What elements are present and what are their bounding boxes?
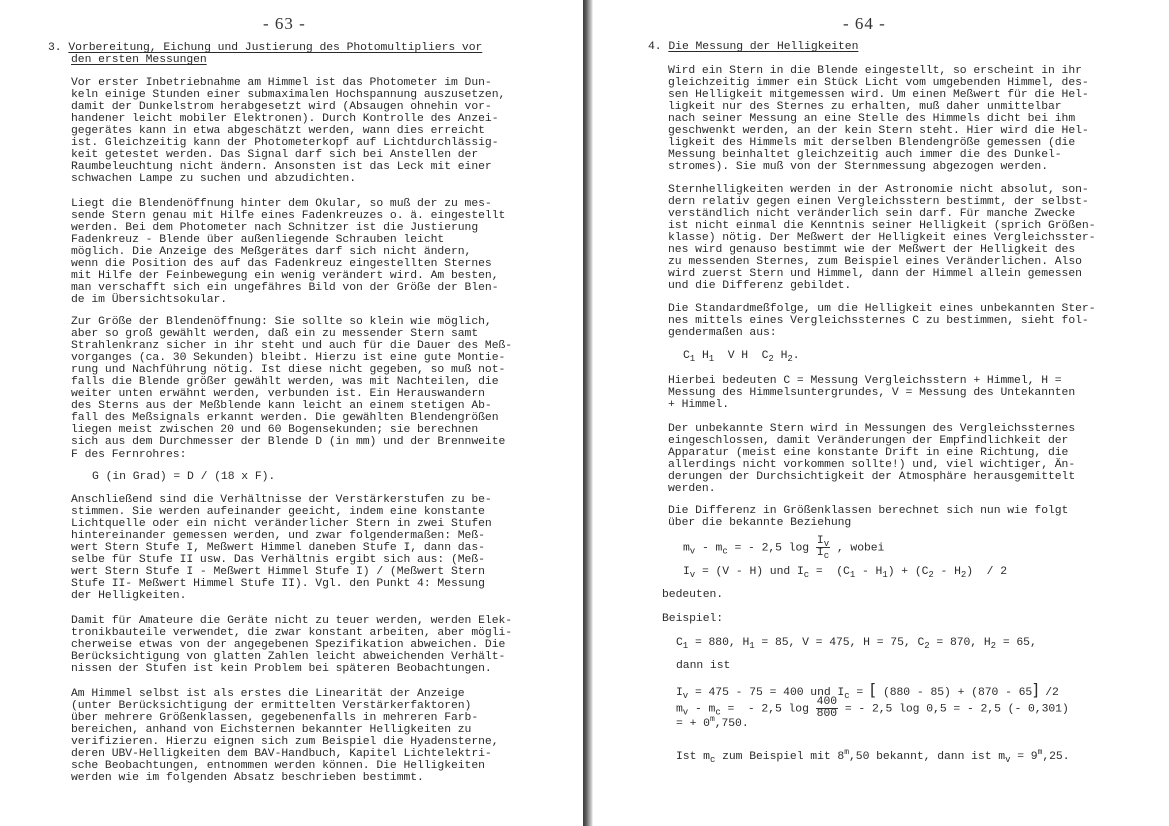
- page-number: - 64 -: [843, 14, 886, 34]
- paragraph: Hierbei bedeuten C = Messung Vergleichss…: [668, 375, 1075, 411]
- paragraph: Zur Größe der Blendenöffnung: Sie sollte…: [71, 316, 512, 461]
- example-label: Beispiel:: [662, 613, 723, 625]
- section-heading: 3. Vorbereitung, Eichung und Justierung …: [48, 42, 482, 54]
- calculation-result: = + 0m,750.: [676, 718, 749, 730]
- formula-aperture: G (in Grad) = D / (18 x F).: [92, 471, 275, 483]
- paragraph: Wird ein Stern in die Blende eingestellt…: [668, 65, 1089, 173]
- book-gutter: [583, 0, 593, 826]
- paragraph: Am Himmel selbst ist als erstes die Line…: [71, 688, 499, 784]
- example-values: C1 = 880, H1 = 85, V = 475, H = 75, C2 =…: [676, 637, 1037, 649]
- paragraph: Liegt die Blendenöffnung hinter dem Okul…: [71, 198, 505, 306]
- section-heading: 4. Die Messung der Helligkeiten: [648, 41, 858, 53]
- page-number: - 63 -: [263, 14, 306, 34]
- fraction: IvIc: [816, 536, 830, 559]
- section-title-line1: Vorbereitung, Eichung und Justierung des…: [68, 42, 482, 54]
- paragraph: Die Standardmeßfolge, um die Helligkeit …: [668, 303, 1096, 339]
- formula-magnitude-difference: mv - mc = - 2,5 log IvIc , wobei: [683, 536, 884, 559]
- paragraph: Vor erster Inbetriebnahme am Himmel ist …: [71, 77, 505, 185]
- final-statement: Ist mc zum Beispiel mit 8m,50 bekannt, d…: [676, 751, 1070, 763]
- paragraph: Der unbekannte Stern wird in Messungen d…: [668, 423, 1075, 495]
- section-title: Die Messung der Helligkeiten: [668, 41, 858, 53]
- measurement-sequence: C1 H1 V H C2 H2.: [683, 350, 800, 362]
- paragraph: Die Differenz in Größenklassen berechnet…: [668, 505, 1068, 529]
- paragraph: Anschließend sind die Verhältnisse der V…: [71, 494, 492, 602]
- left-page: - 63 - 3. Vorbereitung, Eichung und Just…: [0, 0, 583, 826]
- text-dann-ist: dann ist: [676, 660, 730, 672]
- paragraph: Sternhelligkeiten werden in der Astronom…: [668, 184, 1096, 292]
- section-number: 3.: [48, 42, 62, 54]
- formula-intensities: Iv = (V - H) und Ic = (C1 - H1) + (C2 - …: [683, 566, 1007, 578]
- calculation-magnitude: mv - mc = - 2,5 log 400800 = - 2,5 log 0…: [676, 697, 1069, 720]
- fraction: 400800: [816, 697, 838, 720]
- text-bedeuten: bedeuten.: [662, 589, 723, 601]
- right-page: - 64 - 4. Die Messung der Helligkeiten W…: [593, 0, 1169, 826]
- section-title-line2: den ersten Messungen: [71, 54, 207, 66]
- paragraph: Damit für Amateure die Geräte nicht zu t…: [71, 615, 512, 675]
- section-number: 4.: [648, 41, 662, 53]
